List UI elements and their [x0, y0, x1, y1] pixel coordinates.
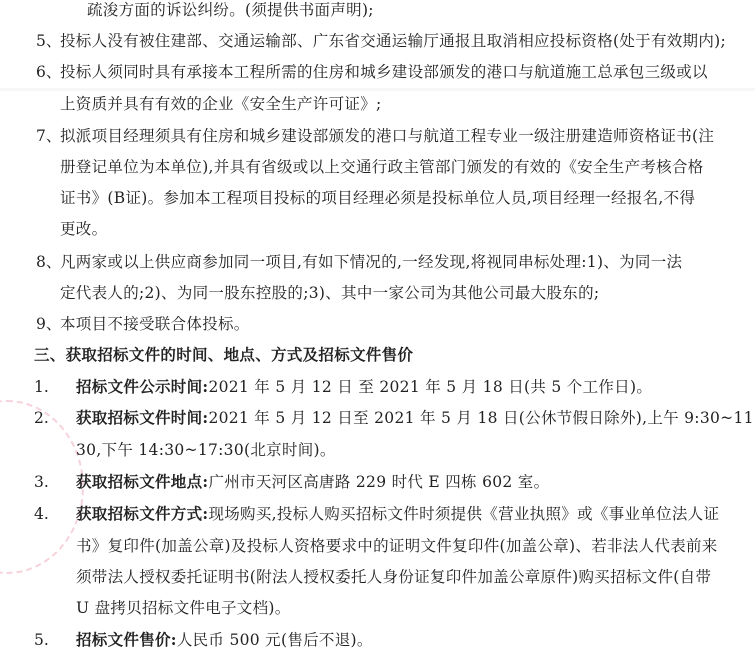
list-number: 5. — [34, 630, 49, 649]
list-number: 9、 — [36, 314, 61, 334]
text-line: 凡两家或以上供应商参加同一项目,有如下情况的,一经发现,将视同串标处理:1)、为… — [60, 252, 682, 272]
item-text: 广州市天河区高唐路 229 时代 E 四栋 602 室。 — [208, 473, 549, 491]
text-line: 册登记单位为本单位),并具有省级或以上交通行政主管部门颁发的有效的《安全生产考核… — [60, 157, 704, 177]
list-number: 5、 — [36, 31, 61, 51]
text-line: 书》复印件(加盖公章)及投标人资格要求中的证明文件复印件(加盖公章)、若非法人代… — [76, 536, 718, 556]
list-item-1: 招标文件公示时间:2021 年 5 月 12 日 至 2021 年 5 月 18… — [76, 377, 652, 397]
item-text: 2021 年 5 月 12 日 至 2021 年 5 月 18 日(共 5 个工… — [208, 378, 652, 396]
text-line: 证书》(B证)。参加本工程项目投标的项目经理必须是投标单位人员,项目经理一经报名… — [60, 188, 695, 208]
item-label: 获取招标文件方式: — [76, 504, 208, 523]
item-text: 现场购买,投标人购买招标文件时须提供《营业执照》或《事业单位法人证 — [208, 505, 719, 523]
list-number: 4. — [34, 504, 49, 524]
list-number: 7、 — [36, 126, 61, 146]
text-line: U 盘拷贝招标文件电子文档)。 — [76, 598, 291, 618]
list-number: 6、 — [36, 62, 61, 82]
text-line: 更改。 — [60, 219, 107, 239]
list-item-3: 获取招标文件地点:广州市天河区高唐路 229 时代 E 四栋 602 室。 — [76, 472, 549, 492]
text-line: 拟派项目经理须具有住房和城乡建设部颁发的港口与航道工程专业一级注册建造师资格证书… — [60, 126, 714, 146]
section-heading: 三、获取招标文件的时间、地点、方式及招标文件售价 — [34, 345, 413, 365]
text-line: 本项目不接受联合体投标。 — [60, 314, 250, 334]
item-text: 人民币 500 元(售后不退)。 — [177, 631, 373, 649]
text-line: 上资质并具有有效的企业《安全生产许可证》; — [60, 94, 382, 114]
text-line: 投标人须同时具有承接本工程所需的住房和城乡建设部颁发的港口与航道施工总承包三级或… — [60, 62, 708, 82]
scan-shadow — [0, 88, 755, 91]
item-text: 2021 年 5 月 12 日至 2021 年 5 月 18 日(公休节假日除外… — [208, 409, 755, 427]
list-number: 2. — [34, 408, 49, 428]
item-label: 获取招标文件地点: — [76, 472, 208, 491]
list-item-2: 获取招标文件时间:2021 年 5 月 12 日至 2021 年 5 月 18 … — [76, 408, 755, 428]
text-line: 投标人没有被住建部、交通运输部、广东省交通运输厅通报且取消相应投标资格(处于有效… — [60, 31, 726, 51]
text-line: 定代表人的;2)、为同一股东控股的;3)、其中一家公司为其他公司最大股东的; — [60, 283, 599, 303]
list-number: 8、 — [36, 252, 61, 272]
list-item-4: 获取招标文件方式:现场购买,投标人购买招标文件时须提供《营业执照》或《事业单位法… — [76, 504, 719, 524]
list-number: 1. — [34, 377, 49, 397]
list-number: 3. — [34, 472, 49, 492]
text-line: 须带法人授权委托证明书(附法人授权委托人身份证复印件加盖公章原件)购买招标文件(… — [76, 567, 711, 587]
item-label: 获取招标文件时间: — [76, 408, 208, 427]
item-label: 招标文件售价: — [76, 630, 177, 649]
text-line: 30,下午 14:30~17:30(北京时间)。 — [76, 440, 336, 460]
list-item-5: 招标文件售价:人民币 500 元(售后不退)。 — [76, 630, 373, 649]
item-label: 招标文件公示时间: — [76, 377, 208, 396]
text-line: 疏浚方面的诉讼纠纷。(须提供书面声明); — [87, 0, 374, 20]
